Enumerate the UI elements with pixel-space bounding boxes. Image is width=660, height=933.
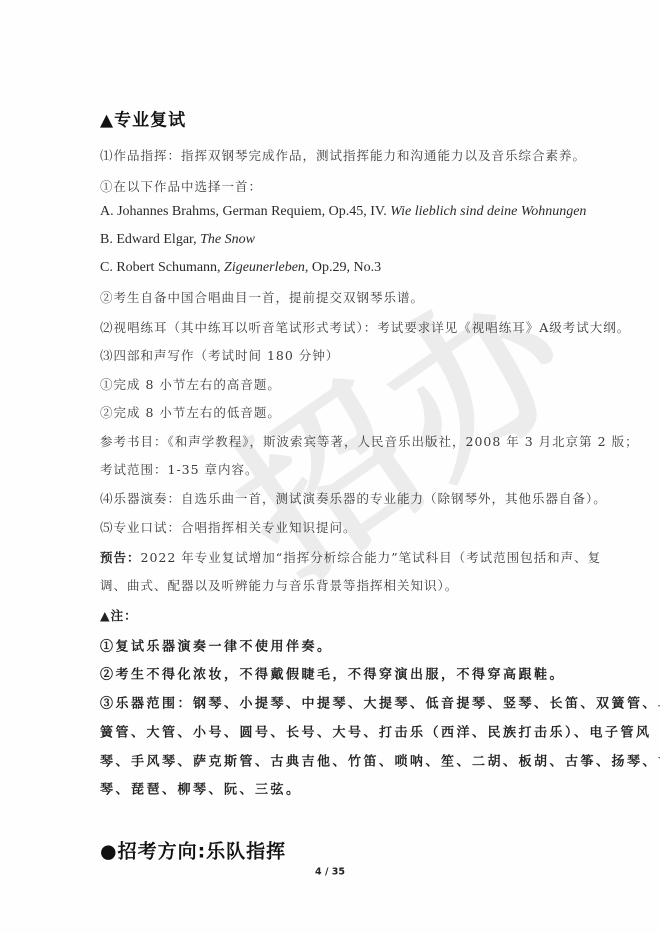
work-c-suffix: , Op.29, No.3 xyxy=(305,260,381,275)
work-a-prefix: A. Johannes Brahms, German Requiem, Op.4… xyxy=(100,204,390,219)
work-b-title: The Snow xyxy=(200,232,255,247)
work-b: B. Edward Elgar, The Snow xyxy=(100,232,255,248)
notice-line-1: 预告：2022 年专业复试增加“指挥分析综合能力”笔试科目（考试范围包括和声、复 xyxy=(100,548,601,566)
item-conducting: ⑴作品指挥：指挥双钢琴完成作品，测试指挥能力和沟通能力以及音乐综合素养。 xyxy=(100,146,586,164)
work-c-title: Zigeunerleben xyxy=(224,260,305,275)
note-3-line-1: ③乐器范围：钢琴、小提琴、中提琴、大提琴、低音提琴、竖琴、长笛、双簧管、单 xyxy=(100,693,660,712)
note-2: ②考生不得化浓妆，不得戴假睫毛，不得穿演出服，不得穿高跟鞋。 xyxy=(100,664,565,683)
item-oral: ⑸专业口试：合唱指挥相关专业知识提问。 xyxy=(100,518,357,536)
work-a: A. Johannes Brahms, German Requiem, Op.4… xyxy=(100,204,586,220)
notice-label: 预告： xyxy=(100,550,141,565)
item-choose-one: ①在以下作品中选择一首： xyxy=(100,177,262,195)
item-reference: 参考书目：《和声学教程》，斯波索宾等著，人民音乐出版社，2008 年 3 月北京… xyxy=(100,432,639,450)
item-chinese-choral: ②考生自备中国合唱曲目一首，提前提交双钢琴乐谱。 xyxy=(100,288,424,306)
note-3-line-3: 琴、手风琴、萨克斯管、古典吉他、竹笛、唢呐、笙、二胡、板胡、古筝、扬琴、古 xyxy=(100,751,660,770)
work-a-title: Wie lieblich sind deine Wohnungen xyxy=(390,204,586,219)
item-soprano: ①完成 8 小节左右的高音题。 xyxy=(100,375,281,393)
item-harmony: ⑶四部和声写作（考试时间 180 分钟） xyxy=(100,346,339,364)
work-b-prefix: B. Edward Elgar, xyxy=(100,232,200,247)
notes-label: ▲注： xyxy=(100,606,138,624)
item-bass: ②完成 8 小节左右的低音题。 xyxy=(100,403,281,421)
document-page: 招办 ▲专业复试 ⑴作品指挥：指挥双钢琴完成作品，测试指挥能力和沟通能力以及音乐… xyxy=(0,0,660,933)
page-number: 4 / 35 xyxy=(0,867,660,878)
item-sight-singing: ⑵视唱练耳（其中练耳以听音笔试形式考试）：考试要求详见《视唱练耳》A级考试大纲。 xyxy=(100,318,630,336)
work-c-prefix: C. Robert Schumann, xyxy=(100,260,224,275)
item-scope: 考试范围：1-35 章内容。 xyxy=(100,460,259,478)
section-heading: ▲专业复试 xyxy=(100,106,186,131)
note-3-line-4: 琴、琵琶、柳琴、阮、三弦。 xyxy=(100,779,302,798)
note-3-line-2: 簧管、大管、小号、圆号、长号、大号、打击乐（西洋、民族打击乐）、电子管风 xyxy=(100,722,652,741)
notice-text-1: 2022 年专业复试增加“指挥分析综合能力”笔试科目（考试范围包括和声、复 xyxy=(141,550,602,565)
item-instrument: ⑷乐器演奏：自选乐曲一首，测试演奏乐器的专业能力（除钢琴外，其他乐器自备）。 xyxy=(100,489,607,507)
work-c: C. Robert Schumann, Zigeunerleben, Op.29… xyxy=(100,260,381,276)
next-section-heading: ●招考方向:乐队指挥 xyxy=(100,837,286,864)
note-1: ①复试乐器演奏一律不使用伴奏。 xyxy=(100,636,333,655)
notice-line-2: 调、曲式、配器以及听辨能力与音乐背景等指挥相关知识）。 xyxy=(100,576,458,594)
